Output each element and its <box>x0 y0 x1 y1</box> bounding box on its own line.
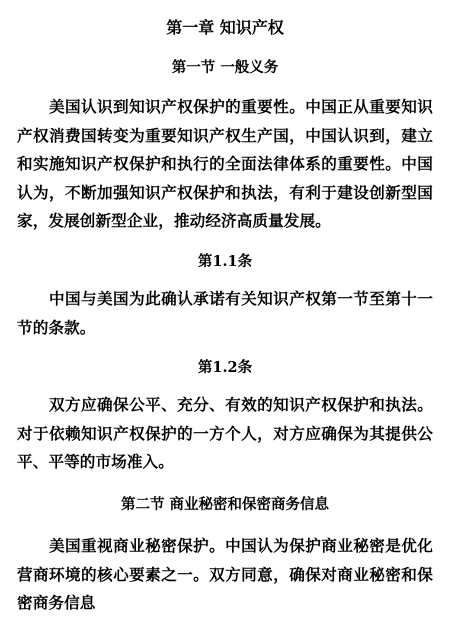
article-label: 第1.1条 <box>17 252 433 272</box>
article-paragraph: 双方应确保公平、充分、有效的知识产权保护和执法。对于依赖知识产权保护的一方个人，… <box>17 391 433 477</box>
section-title: 第二节 商业秘密和保密商务信息 <box>17 495 433 515</box>
chapter-title: 第一章 知识产权 <box>17 18 433 38</box>
article-paragraph: 中国与美国为此确认承诺有关知识产权第一节至第十一节的条款。 <box>17 285 433 342</box>
section-intro-paragraph: 美国认识到知识产权保护的重要性。中国正从重要知识产权消费国转变为重要知识产权生产… <box>17 93 433 236</box>
article-label: 第1.2条 <box>17 358 433 378</box>
section-intro-paragraph: 美国重视商业秘密保护。中国认为保护商业秘密是优化营商环境的核心要素之一。双方同意… <box>17 532 433 618</box>
section-title: 第一节 一般义务 <box>17 58 433 78</box>
